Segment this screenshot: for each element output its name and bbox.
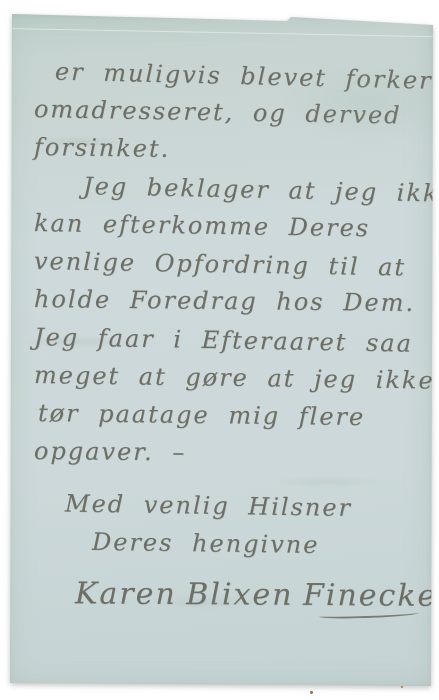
handwriting-line: er muligvis blevet forkert- xyxy=(34,52,427,100)
handwriting-line: Jeg beklager at jeg ikke xyxy=(34,166,427,212)
dust-speck xyxy=(310,691,313,694)
dust-speck xyxy=(401,686,403,688)
handwriting-line: meget at gøre at jeg ikke xyxy=(34,356,426,399)
handwriting-line: opgaver. – xyxy=(34,432,426,473)
photo-background: er muligvis blevet forkert- omadresseret… xyxy=(0,0,439,700)
handwritten-text: er muligvis blevet forkert- omadresseret… xyxy=(34,52,426,618)
letter-paper: er muligvis blevet forkert- omadresseret… xyxy=(8,12,433,686)
handwriting-line: omadresseret, og derved xyxy=(34,90,427,135)
handwriting-line: holde Foredrag hos Dem. – xyxy=(34,280,426,322)
crease-line xyxy=(8,28,433,37)
handwriting-line: venlige Opfordring til at xyxy=(34,242,427,287)
signature-underline xyxy=(319,610,419,620)
handwriting-line: forsinket. xyxy=(34,128,426,171)
handwriting-line: Jeg faar i Efteraaret saa xyxy=(34,318,427,363)
paper-sheet: er muligvis blevet forkert- omadresseret… xyxy=(8,12,433,686)
closing-line: Med venlig Hilsner xyxy=(34,484,427,528)
signature: Karen Blixen Finecke xyxy=(34,569,426,622)
closing-line: Deres hengivne xyxy=(34,522,426,565)
handwriting-line: tør paatage mig flere xyxy=(34,394,426,437)
handwriting-line: kan efterkomme Deres xyxy=(34,204,427,248)
